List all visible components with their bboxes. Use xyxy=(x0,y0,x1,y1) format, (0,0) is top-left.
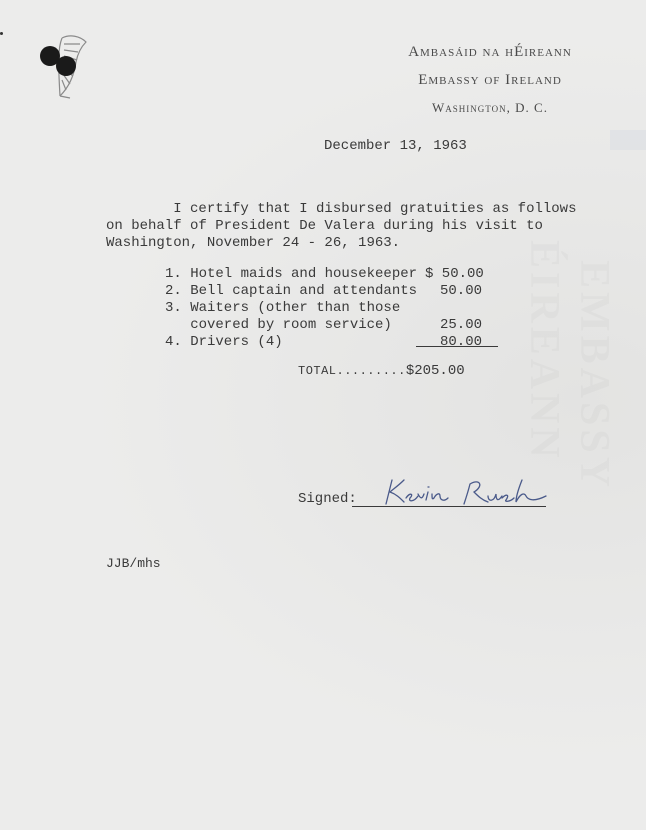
gratuities-list: 1. Hotel maids and housekeeper$ 50.00 2.… xyxy=(165,266,417,351)
letterhead-location: Washington, D. C. xyxy=(360,94,620,122)
item-label: 3. Waiters (other than those xyxy=(165,300,400,316)
item-label: covered by room service) xyxy=(165,317,392,333)
letterhead-irish: Ambasáid na hÉireann xyxy=(360,38,620,66)
item-amount: $ 50.00 xyxy=(425,266,482,283)
letterhead: Ambasáid na hÉireann Embassy of Ireland … xyxy=(360,38,620,122)
total-label: TOTAL......... xyxy=(298,364,406,378)
list-item: 4. Drivers (4)80.00 xyxy=(165,334,417,351)
punch-hole xyxy=(56,56,76,76)
item-amount: 80.00 xyxy=(425,334,482,351)
reference-initials: JJB/mhs xyxy=(106,556,161,571)
bleed-through-text: ÉIREANN xyxy=(520,240,568,462)
body-paragraph: I certify that I disbursed gratuities as… xyxy=(106,201,576,252)
paragraph-line: Washington, November 24 - 26, 1963. xyxy=(106,235,576,252)
sum-rule xyxy=(416,346,498,347)
paragraph-line: I certify that I disbursed gratuities as… xyxy=(106,201,576,218)
item-label: 4. Drivers (4) xyxy=(165,334,283,350)
letterhead-english: Embassy of Ireland xyxy=(360,66,620,94)
paragraph-line: on behalf of President De Valera during … xyxy=(106,218,576,235)
total-line: TOTAL.........$205.00 xyxy=(298,363,465,379)
edge-mark xyxy=(0,32,3,35)
list-item: 1. Hotel maids and housekeeper$ 50.00 xyxy=(165,266,417,283)
item-amount: 25.00 xyxy=(425,317,482,334)
item-label: 2. Bell captain and attendants xyxy=(165,283,417,299)
item-label: 1. Hotel maids and housekeeper xyxy=(165,266,417,282)
handwritten-signature xyxy=(384,474,554,508)
list-item: 3. Waiters (other than those xyxy=(165,300,417,317)
total-amount: $205.00 xyxy=(406,363,465,379)
signed-label: Signed: xyxy=(298,491,357,507)
bleed-through-stamp xyxy=(610,130,646,150)
list-item: 2. Bell captain and attendants50.00 xyxy=(165,283,417,300)
list-item: covered by room service)25.00 xyxy=(165,317,417,334)
item-amount: 50.00 xyxy=(425,283,482,300)
bleed-through-text: EMBASSY xyxy=(570,260,618,491)
letter-date: December 13, 1963 xyxy=(324,138,467,154)
